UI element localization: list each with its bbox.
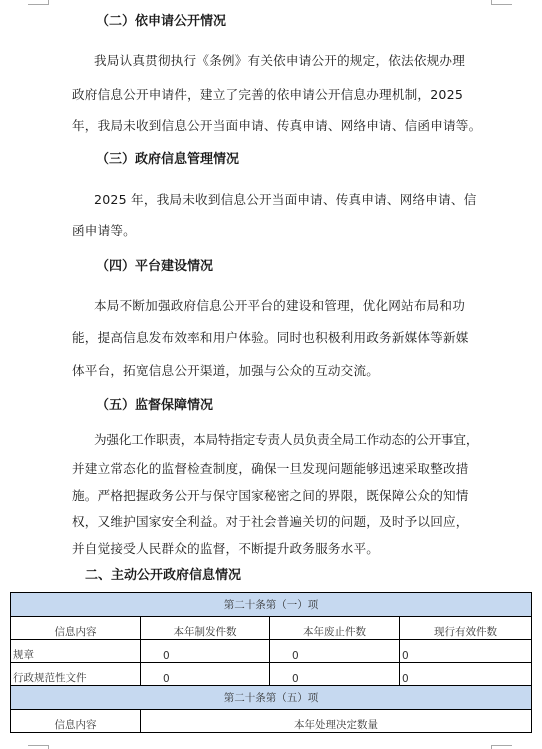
band-title: 第二十条第（五）项 xyxy=(11,686,532,710)
section-heading-apply-disclosure: （二）依申请公开情况 xyxy=(96,14,226,30)
paragraph-line: 能，提高信息发布效率和用户体验。同时也积极利用政务新媒体等新媒 xyxy=(72,330,469,346)
section-heading-supervision: （五）监督保障情况 xyxy=(96,398,213,414)
row-label: 行政规范性文件 xyxy=(11,663,141,686)
table-band-row: 第二十条第（五）项 xyxy=(11,686,532,710)
column-header: 本年废止件数 xyxy=(270,617,400,640)
paragraph-line: 本局不断加强政府信息公开平台的建设和管理，优化网站布局和功 xyxy=(94,298,465,314)
section-heading-info-management: （三）政府信息管理情况 xyxy=(96,152,239,168)
paragraph-line: 体平台，拓宽信息公开渠道，加强与公众的互动交流。 xyxy=(72,363,379,379)
table-cell: 0 xyxy=(141,640,270,663)
paragraph-line: 2025 年，我局未收到信息公开当面申请、传真申请、网络申请、信 xyxy=(94,192,477,208)
paragraph-line: 政府信息公开申请件，建立了完善的依申请公开信息办理机制，2025 xyxy=(72,87,463,103)
crop-mark-bottom-right xyxy=(491,745,512,749)
crop-mark-bottom-left xyxy=(28,745,49,749)
table-cell: 0 xyxy=(400,640,532,663)
band-title: 第二十条第（一）项 xyxy=(11,593,532,617)
table-header-row: 信息内容 本年处理决定数量 xyxy=(11,710,532,733)
paragraph-line: 并自觉接受人民群众的监督，不断提升政务服务水平。 xyxy=(72,541,379,557)
paragraph-line: 我局认真贯彻执行《条例》有关依申请公开的规定，依法依规办理 xyxy=(94,53,465,69)
column-header: 信息内容 xyxy=(11,617,141,640)
table-header-row: 信息内容 本年制发件数 本年废止件数 现行有效件数 xyxy=(11,617,532,640)
row-label: 规章 xyxy=(11,640,141,663)
crop-mark-top-left xyxy=(28,0,49,5)
proactive-disclosure-table: 第二十条第（一）项 信息内容 本年制发件数 本年废止件数 现行有效件数 规章 0… xyxy=(10,592,532,733)
paragraph-line: 年，我局未收到信息公开当面申请、传真申请、网络申请、信函申请等。 xyxy=(72,118,481,134)
table-cell: 0 xyxy=(270,640,400,663)
section-heading-platform: （四）平台建设情况 xyxy=(96,259,213,275)
paragraph-line: 函申请等。 xyxy=(72,223,136,239)
paragraph-line: 施。严格把握政务公开与保守国家秘密之间的界限，既保障公众的知情 xyxy=(72,488,469,504)
table-cell: 0 xyxy=(270,663,400,686)
part-heading-proactive-disclosure: 二、主动公开政府信息情况 xyxy=(85,568,241,584)
table-band-row: 第二十条第（一）项 xyxy=(11,593,532,617)
column-header: 信息内容 xyxy=(11,710,141,733)
paragraph-line: 并建立常态化的监督检查制度，确保一旦发现问题能够迅速采取整改措 xyxy=(72,461,469,477)
column-header: 本年制发件数 xyxy=(141,617,270,640)
table-row: 规章 0 0 0 xyxy=(11,640,532,663)
table-cell: 0 xyxy=(141,663,270,686)
column-header: 本年处理决定数量 xyxy=(141,710,532,733)
column-header: 现行有效件数 xyxy=(400,617,532,640)
table-cell: 0 xyxy=(400,663,532,686)
paragraph-line: 权，又维护国家安全利益。对于社会普遍关切的问题，及时予以回应， xyxy=(72,514,469,530)
paragraph-line: 为强化工作职责，本局特指定专责人员负责全局工作动态的公开事宜， xyxy=(94,432,478,448)
table-row: 行政规范性文件 0 0 0 xyxy=(11,663,532,686)
crop-mark-top-right xyxy=(491,0,512,5)
